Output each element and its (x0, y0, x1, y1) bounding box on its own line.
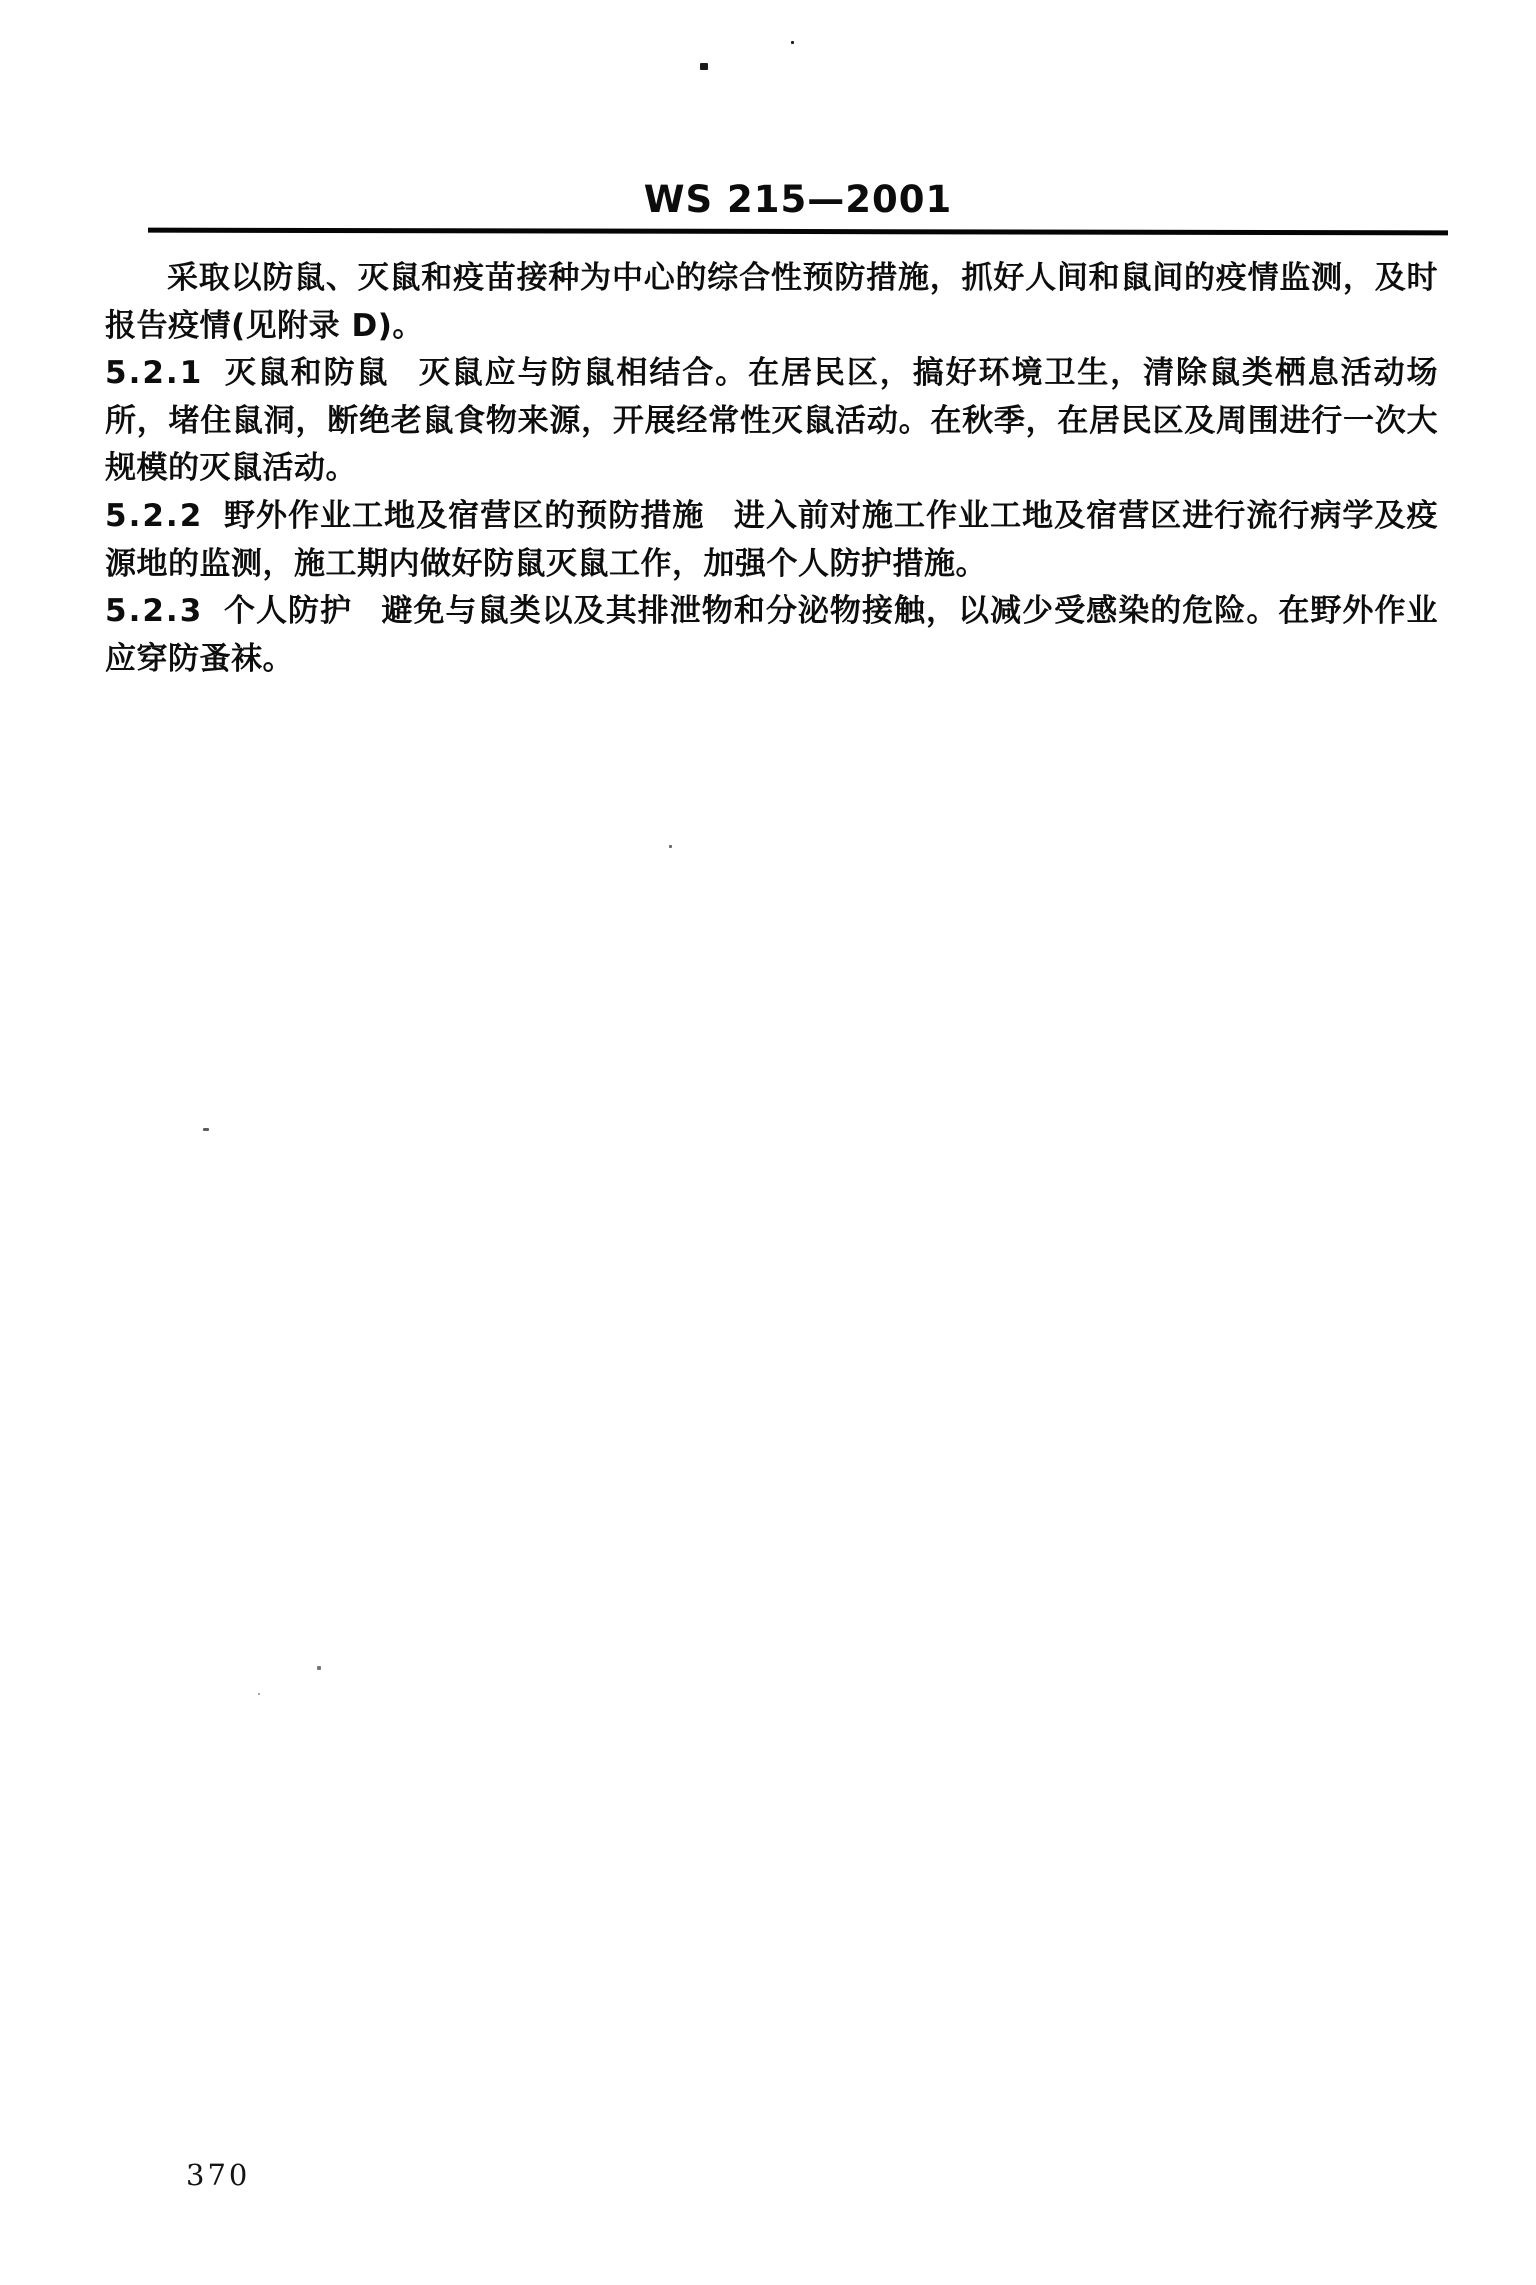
scan-speck (791, 41, 794, 44)
section-title: 灭鼠和防鼠 (223, 355, 389, 391)
section-5-2-3: 5.2.3个人防护避免与鼠类以及其排泄物和分泌物接触，以减少受感染的危险。在野外… (105, 588, 1438, 683)
scan-speck (669, 845, 672, 848)
document-body: 采取以防鼠、灭鼠和疫苗接种为中心的综合性预防措施，抓好人间和鼠间的疫情监测，及时… (105, 255, 1438, 683)
scan-speck (203, 1128, 209, 1131)
scan-speck (258, 1693, 260, 1695)
document-page: WS 215—2001 采取以防鼠、灭鼠和疫苗接种为中心的综合性预防措施，抓好人… (0, 0, 1536, 2285)
scan-speck (317, 1666, 321, 1670)
header-rule (148, 228, 1448, 236)
section-title: 个人防护 (223, 593, 352, 629)
section-title: 野外作业工地及宿营区的预防措施 (223, 498, 704, 534)
section-number: 5.2.3 (105, 593, 203, 629)
section-5-2-1: 5.2.1灭鼠和防鼠灭鼠应与防鼠相结合。在居民区，搞好环境卫生，清除鼠类栖息活动… (105, 350, 1438, 493)
intro-paragraph: 采取以防鼠、灭鼠和疫苗接种为中心的综合性预防措施，抓好人间和鼠间的疫情监测，及时… (105, 255, 1438, 350)
page-number: 370 (186, 2158, 250, 2192)
standard-number-header: WS 215—2001 (148, 178, 1448, 221)
section-5-2-2: 5.2.2野外作业工地及宿营区的预防措施进入前对施工作业工地及宿营区进行流行病学… (105, 493, 1438, 588)
section-number: 5.2.1 (105, 355, 203, 391)
section-number: 5.2.2 (105, 498, 203, 534)
scan-speck (700, 63, 708, 70)
